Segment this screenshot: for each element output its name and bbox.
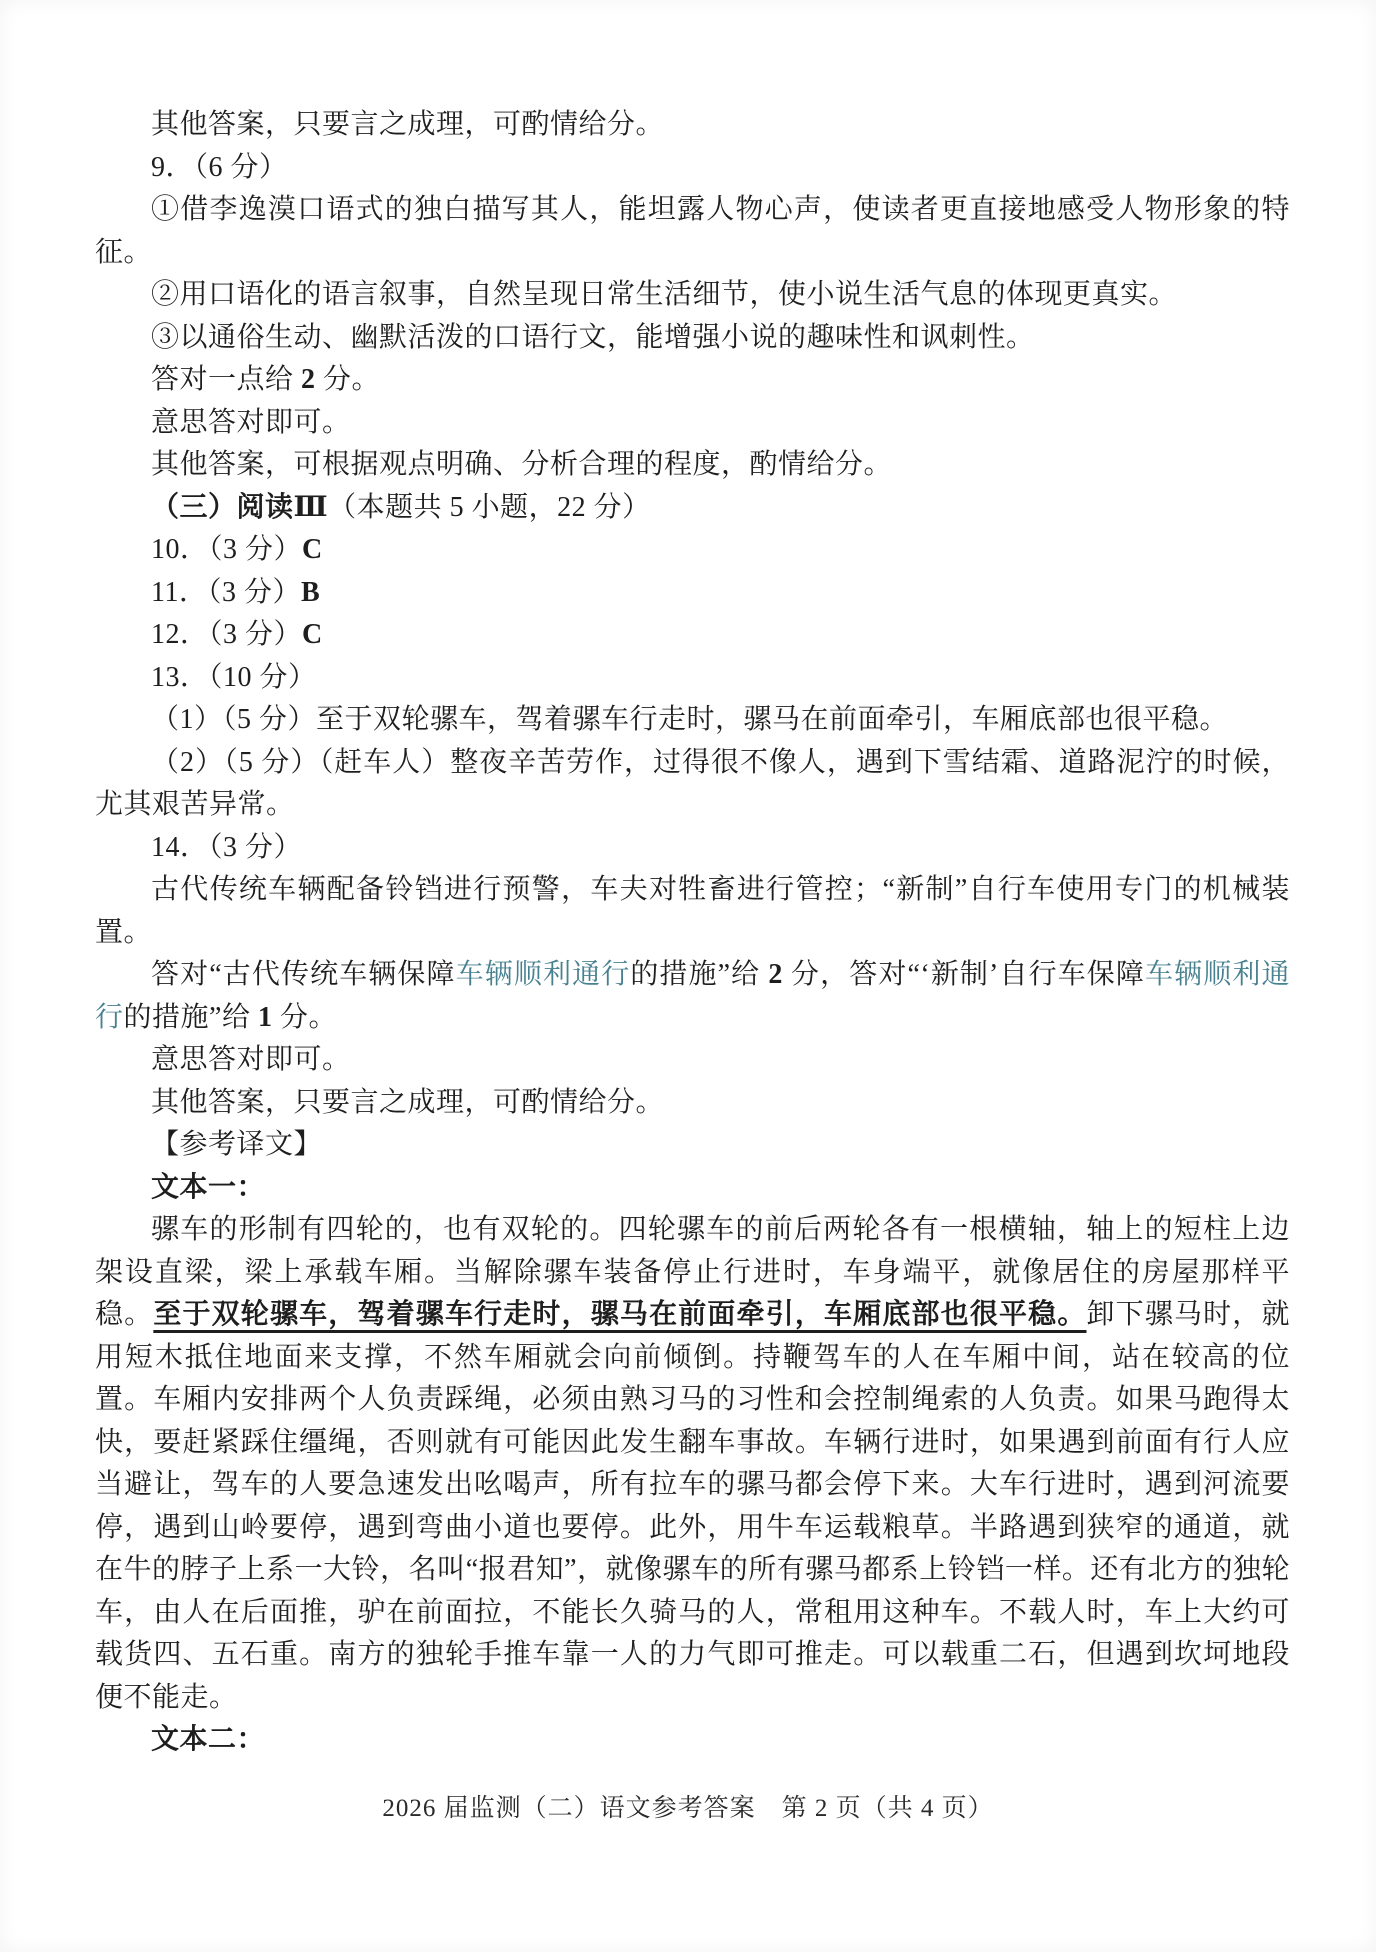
text-run: ③以通俗生动、幽默活泼的口语行文，能增强小说的趣味性和讽刺性。 [151,322,1035,353]
answer-paragraph: 意思答对即可。 [95,402,1290,445]
text-run: 的措施”给 [124,1002,258,1033]
text-run: 答对“古代传统车辆保障 [151,959,456,990]
text-run: 文本二： [151,1724,265,1755]
answer-paragraph: 10．（3 分）C [95,529,1290,572]
text-run: （2）（5 分）（赶车人）整夜辛苦劳作，过得很不像人，遇到下雪结霜、道路泥泞的时… [95,747,1290,821]
text-run: 至于双轮骡车，驾着骡车行走时，骡马在前面牵引，车厢底部也很平稳。 [153,1299,1086,1330]
answer-paragraph: 古代传统车辆配备铃铛进行预警，车夫对牲畜进行管控；“新制”自行车使用专门的机械装… [95,869,1290,954]
answer-paragraph: 骡车的形制有四轮的，也有双轮的。四轮骡车的前后两轮各有一根横轴，轴上的短柱上边架… [95,1209,1290,1719]
answer-paragraph: 14．（3 分） [95,827,1290,870]
text-run: 分，答对“‘新制’自行车保障 [783,959,1145,990]
text-run: 意思答对即可。 [151,1044,351,1075]
answer-paragraph: 9．（6 分） [95,147,1290,190]
answer-paragraph: 文本二： [95,1719,1290,1762]
text-run: 文本一： [151,1172,265,1203]
answer-paragraph: （2）（5 分）（赶车人）整夜辛苦劳作，过得很不像人，遇到下雪结霜、道路泥泞的时… [95,742,1290,827]
answer-paragraph: 其他答案，可根据观点明确、分析合理的程度，酌情给分。 [95,444,1290,487]
answer-paragraph: ③以通俗生动、幽默活泼的口语行文，能增强小说的趣味性和讽刺性。 [95,317,1290,360]
answer-paragraph: 【参考译文】 [95,1124,1290,1167]
text-run: 卸下骡马时，就用短木抵住地面来支撑，不然车厢就会向前倾倒。持鞭驾车的人在车厢中间… [95,1299,1290,1713]
text-run: C [302,619,323,650]
text-run: 2 [301,364,316,395]
text-run: 其他答案，可根据观点明确、分析合理的程度，酌情给分。 [151,449,892,480]
answer-paragraph: 其他答案，只要言之成理，可酌情给分。 [95,1082,1290,1125]
answer-paragraph: 答对一点给 2 分。 [95,359,1290,402]
text-run: 【参考译文】 [151,1129,322,1160]
answer-paragraph: ②用口语化的语言叙事，自然呈现日常生活细节，使小说生活气息的体现更真实。 [95,274,1290,317]
text-run: 其他答案，只要言之成理，可酌情给分。 [151,1087,664,1118]
text-run: （三）阅读Ⅲ [151,492,328,523]
text-run: 的措施”给 [630,959,768,990]
footer-page-info: 2026 届监测（二）语文参考答案 第 2 页（共 4 页） [0,1788,1376,1824]
text-run: 9．（6 分） [151,152,288,183]
answer-paragraph: （三）阅读Ⅲ（本题共 5 小题，22 分） [95,487,1290,530]
text-run: 14．（3 分） [151,832,302,863]
answer-paragraph: 答对“古代传统车辆保障车辆顺利通行的措施”给 2 分，答对“‘新制’自行车保障车… [95,954,1290,1039]
text-run: 分。 [316,364,381,395]
answer-paragraph: 12．（3 分）C [95,614,1290,657]
text-run: 车辆顺利通行 [456,959,631,990]
answer-document-body: 其他答案，只要言之成理，可酌情给分。9．（6 分）①借李逸漠口语式的独白描写其人… [95,104,1290,1762]
text-run: 10．（3 分） [151,534,302,565]
answer-paragraph: ①借李逸漠口语式的独白描写其人，能坦露人物心声，使读者更直接地感受人物形象的特征… [95,189,1290,274]
answer-paragraph: 其他答案，只要言之成理，可酌情给分。 [95,104,1290,147]
answer-paragraph: 文本一： [95,1167,1290,1210]
text-run: B [301,577,320,608]
text-run: （本题共 5 小题，22 分） [328,492,651,523]
text-run: 其他答案，只要言之成理，可酌情给分。 [151,109,664,140]
text-run: 分。 [272,1002,337,1033]
text-run: 11．（3 分） [151,577,301,608]
answer-paragraph: 11．（3 分）B [95,572,1290,615]
text-run: 古代传统车辆配备铃铛进行预警，车夫对牲畜进行管控；“新制”自行车使用专门的机械装… [95,874,1290,948]
text-run: 13．（10 分） [151,662,317,693]
text-run: 12．（3 分） [151,619,302,650]
answer-paragraph: 意思答对即可。 [95,1039,1290,1082]
answer-paragraph: 13．（10 分） [95,657,1290,700]
text-run: ②用口语化的语言叙事，自然呈现日常生活细节，使小说生活气息的体现更真实。 [151,279,1177,310]
scanned-answer-page: 其他答案，只要言之成理，可酌情给分。9．（6 分）①借李逸漠口语式的独白描写其人… [0,0,1376,1952]
answer-paragraph: （1）（5 分）至于双轮骡车，驾着骡车行走时，骡马在前面牵引，车厢底部也很平稳。 [95,699,1290,742]
text-run: 意思答对即可。 [151,407,351,438]
text-run: C [302,534,323,565]
text-run: （1）（5 分）至于双轮骡车，驾着骡车行走时，骡马在前面牵引，车厢底部也很平稳。 [151,704,1228,735]
text-run: 答对一点给 [151,364,301,395]
text-run: ①借李逸漠口语式的独白描写其人，能坦露人物心声，使读者更直接地感受人物形象的特征… [95,194,1290,268]
text-run: 2 [768,959,783,990]
text-run: 1 [258,1002,273,1033]
